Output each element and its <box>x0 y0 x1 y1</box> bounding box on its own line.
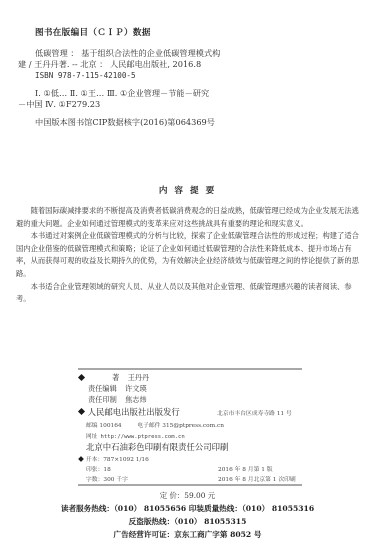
postcode: 邮编 100164 <box>86 423 122 429</box>
price: 定 价：59.00 元 <box>0 490 375 501</box>
format-row: 开本：787×1092 1/16 <box>79 454 149 463</box>
summary-paragraph: 本书适合企业管理领域的研究人员、从业人员以及其他对企业管理、低碳管理感兴趣的读者… <box>16 281 366 306</box>
publisher-name: 人民邮电出版社出版发行 <box>88 407 180 417</box>
editor-label: 责任编辑 <box>88 384 117 393</box>
cip-record-number: 中国版本图书馆CIP数据核字(2016)第064369号 <box>35 117 215 128</box>
format: 开本：787×1092 1/16 <box>86 457 149 463</box>
email: 电子邮件 315@ptpress.com.cn <box>137 423 224 429</box>
editor-name: 许文瑛 <box>125 384 147 393</box>
cip-isbn: ISBN 978-7-115-42100-5 <box>35 70 136 81</box>
colophon-top-rule <box>78 368 302 370</box>
diamond-bullet-icon <box>78 373 85 380</box>
cip-classification-line-2: －中国 Ⅳ. ①F279.23 <box>18 99 100 110</box>
colophon-bottom-rule <box>78 484 302 486</box>
edition: 2016 年 8 月第 1 版 <box>218 464 273 473</box>
author-row: 著 王丹丹 <box>79 373 149 383</box>
website: 网址 http://www.ptpress.com.cn <box>86 432 185 440</box>
summary-paragraph: 随着国际碳减排要求的不断提高及消费者低碳消费观念的日益成熟，低碳管理已经成为企业… <box>16 205 366 230</box>
anti-piracy-hotline: 反盗版热线：（010） 81055315 <box>0 516 375 527</box>
summary-paragraph: 本书通过对案例企业低碳管理模式的分析与比较，探索了企业低碳管理合法性的形成过程；… <box>16 230 366 280</box>
cip-title-line-1: 低碳管理 ： 基于组织合法性的企业低碳管理模式构 <box>35 48 220 59</box>
cip-title-line-2: 建 / 王丹丹著. -- 北京 ： 人民邮电出版社, 2016.8 <box>18 59 201 70</box>
publisher-address: 北京市丰台区成寿寺路 11 号 <box>217 408 292 417</box>
word-count: 字数：300 千字 <box>86 474 128 483</box>
author-name: 王丹丹 <box>128 373 150 382</box>
impression: 2016 年 8 月北京第 1 次印刷 <box>218 474 296 483</box>
printing-supervisor-name: 焦志炜 <box>125 395 147 404</box>
editor-row: 责任编辑 许文瑛 <box>88 384 147 394</box>
advertising-license: 广告经营许可证：京东工商广字第 8052 号 <box>0 529 375 540</box>
cip-heading: 图书在版编目（ＣＩＰ）数据 <box>35 26 151 38</box>
diamond-bullet-icon <box>78 408 85 415</box>
diamond-bullet-icon <box>78 456 84 462</box>
publisher-row: 人民邮电出版社出版发行 <box>79 406 180 418</box>
author-label: 著 <box>89 373 119 383</box>
reader-service-hotline: 读者服务热线：（010） 81055656 印装质量热线：（010） 81055… <box>0 503 375 514</box>
sheets: 印张：18 <box>86 464 111 473</box>
printing-supervisor-row: 责任印制 焦志炜 <box>88 395 147 405</box>
cip-classification-line-1: Ⅰ. ①低… Ⅱ. ①王… Ⅲ. ①企业管理－节能－研究 <box>35 88 209 99</box>
contact-row: 邮编 100164 电子邮件 315@ptpress.com.cn <box>86 420 224 429</box>
printing-supervisor-label: 责任印制 <box>88 395 117 404</box>
summary-body: 随着国际碳减排要求的不断提高及消费者低碳消费观念的日益成熟，低碳管理已经成为企业… <box>16 205 366 306</box>
summary-heading: 内 容 提 要 <box>0 184 375 196</box>
printer: 北京中石油彩色印刷有限责任公司印刷 <box>86 441 228 453</box>
